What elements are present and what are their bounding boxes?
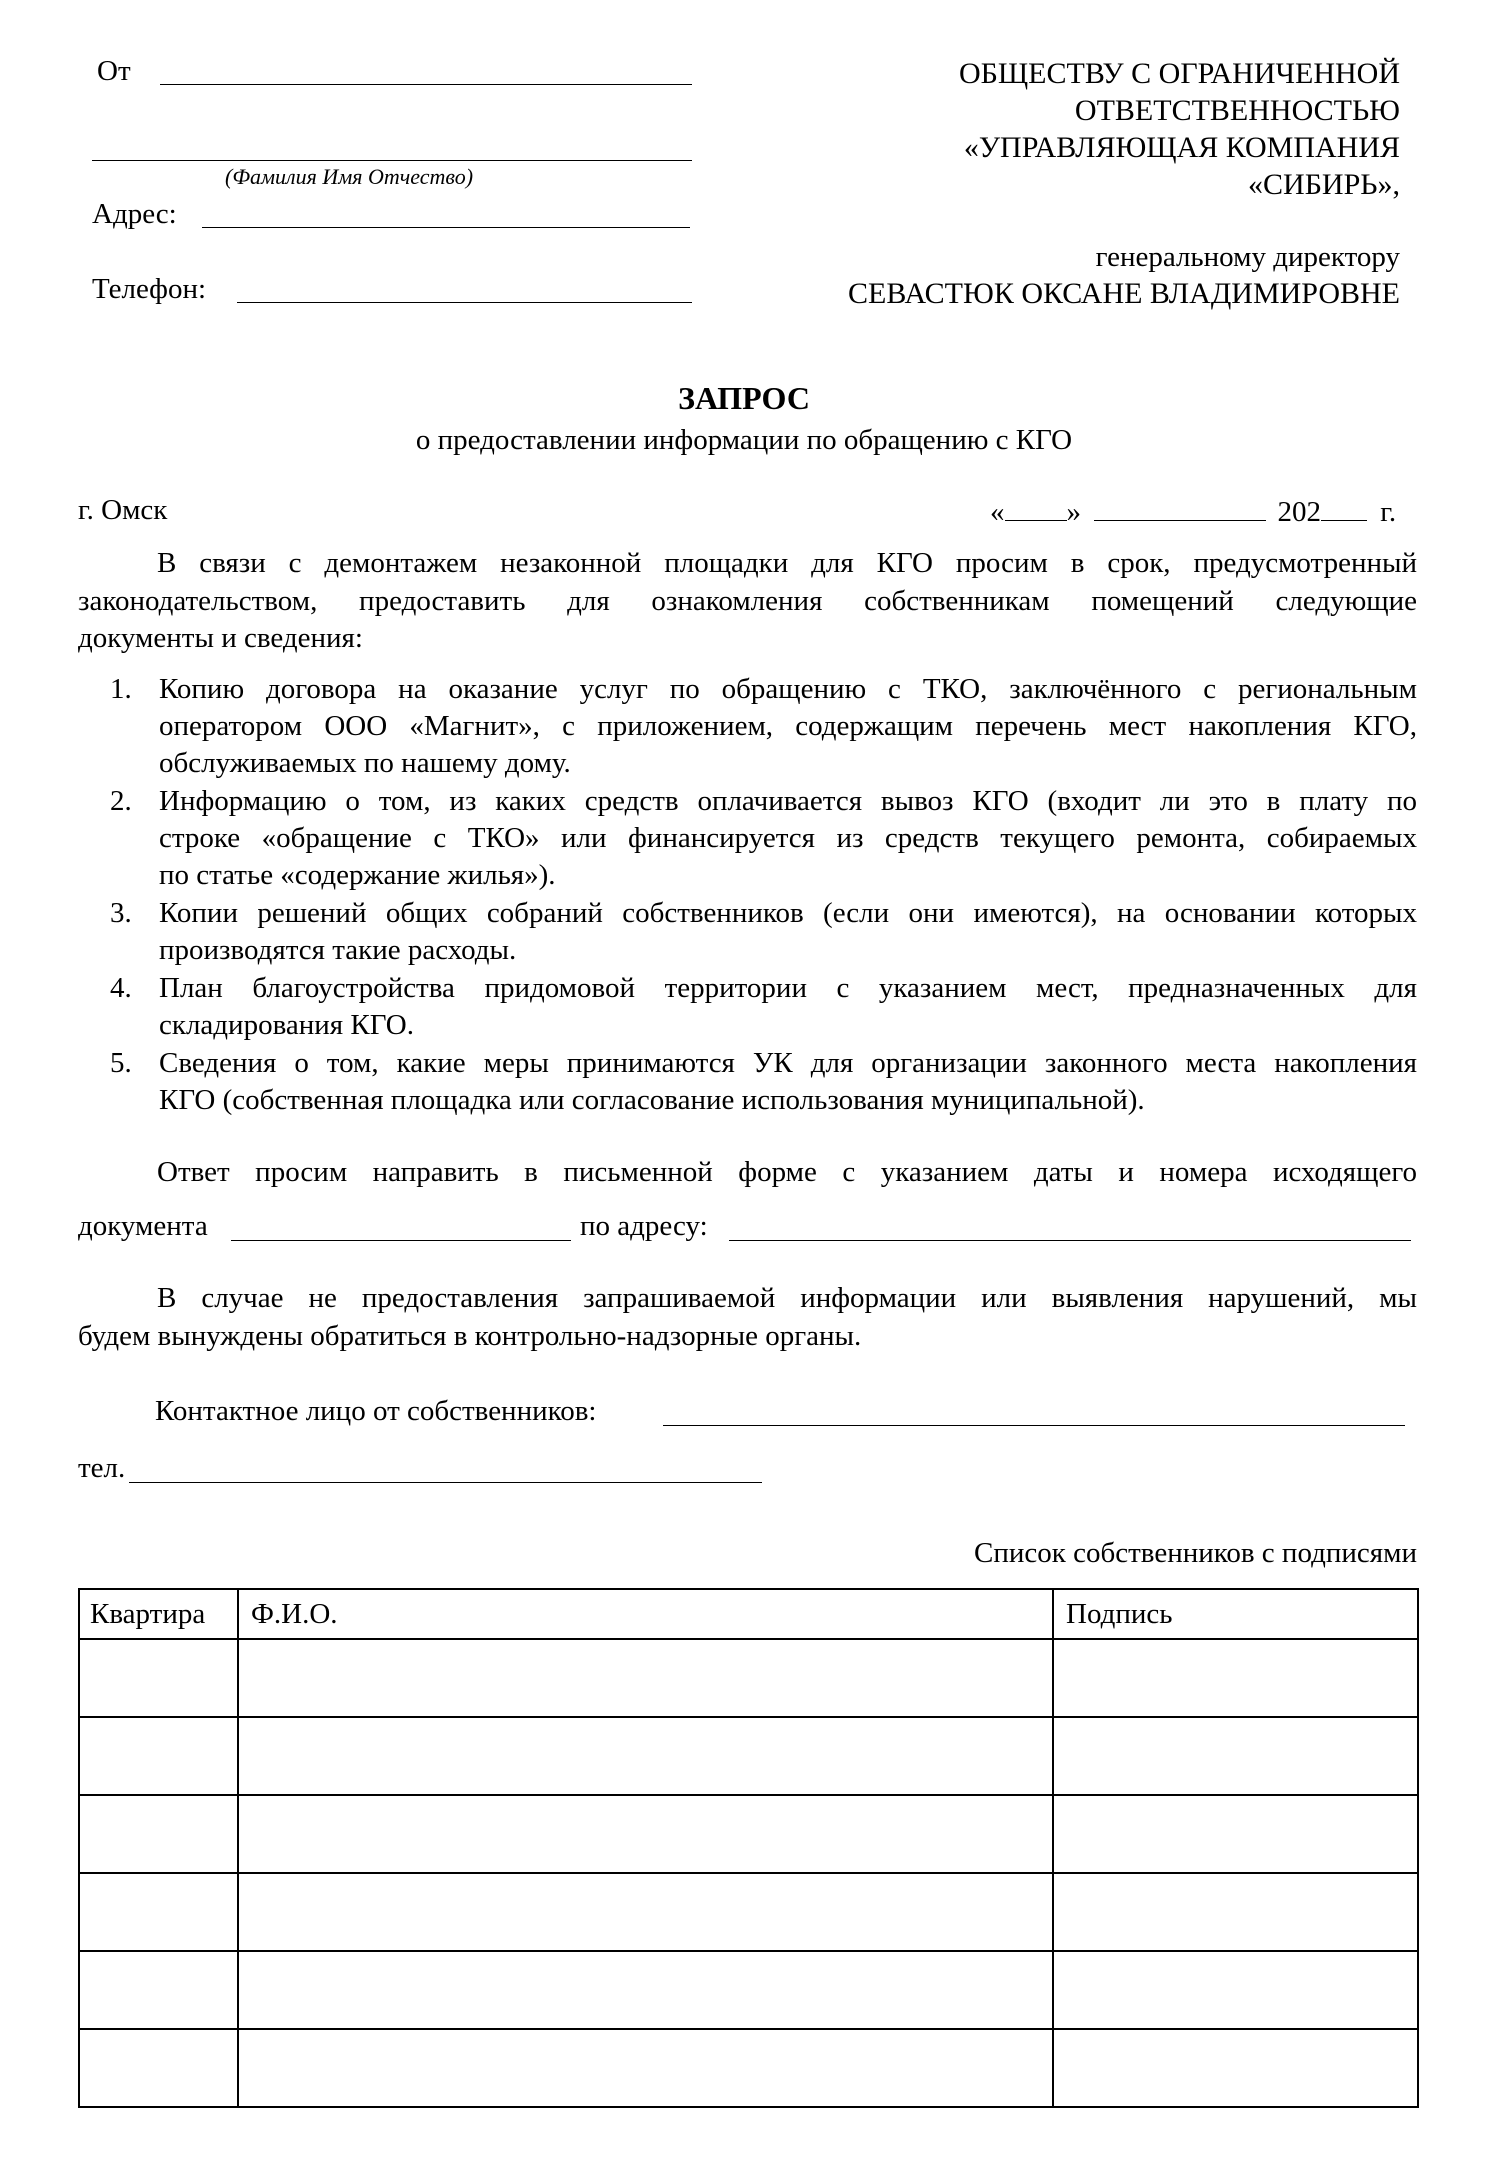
list-line: по статье «содержание жилья»). (159, 861, 556, 890)
intro-line: документы и сведения: (78, 624, 363, 653)
list-number: 5. (110, 1049, 132, 1078)
list-line: Информацию о том, из каких средств оплач… (159, 787, 1417, 816)
full-name-cell[interactable] (238, 1795, 1053, 1873)
table-row (79, 2029, 1418, 2107)
from-label: От (97, 57, 131, 86)
contact-phone-field[interactable] (129, 1482, 762, 1483)
day-quote-open: « (990, 496, 1005, 528)
signature-cell[interactable] (1053, 1717, 1418, 1795)
signature-cell[interactable] (1053, 2029, 1418, 2107)
from-name-field-line2[interactable] (92, 160, 692, 161)
city: г. Омск (78, 496, 167, 525)
table-row (79, 1873, 1418, 1951)
day-quote-close: » (1067, 496, 1082, 528)
from-name-field[interactable] (160, 84, 692, 85)
owners-table: Квартира Ф.И.О. Подпись (78, 1588, 1419, 2108)
table-header-row: Квартира Ф.И.О. Подпись (79, 1589, 1418, 1639)
response-line: Ответ просим направить в письменной форм… (157, 1158, 1417, 1187)
full-name-cell[interactable] (238, 1639, 1053, 1717)
signature-cell[interactable] (1053, 1951, 1418, 2029)
list-line: строке «обращение с ТКО» или финансирует… (159, 824, 1417, 853)
outgoing-doc-field[interactable] (231, 1240, 571, 1241)
list-number: 1. (110, 675, 132, 704)
contact-person-field[interactable] (663, 1425, 1405, 1426)
recipient-line: ОБЩЕСТВУ С ОГРАНИЧЕННОЙ (959, 55, 1400, 92)
apartment-cell[interactable] (79, 2029, 238, 2107)
recipient-name: СЕВАСТЮК ОКСАНЕ ВЛАДИМИРОВНЕ (848, 279, 1400, 309)
list-line: оператором ООО «Магнит», с приложением, … (159, 712, 1417, 741)
list-number: 2. (110, 787, 132, 816)
list-line: Копию договора на оказание услуг по обра… (159, 675, 1417, 704)
list-line: Сведения о том, какие меры принимаются У… (159, 1049, 1417, 1078)
full-name-cell[interactable] (238, 1951, 1053, 2029)
name-caption: (Фамилия Имя Отчество) (225, 166, 473, 188)
date-field: «» 202 г. (990, 496, 1396, 527)
warning-line: будем вынуждены обратиться в контрольно-… (78, 1322, 861, 1351)
header-full-name: Ф.И.О. (238, 1589, 1053, 1639)
full-name-cell[interactable] (238, 1873, 1053, 1951)
table-row (79, 1639, 1418, 1717)
address-field[interactable] (202, 227, 690, 228)
signature-cell[interactable] (1053, 1795, 1418, 1873)
list-line: обслуживаемых по нашему дому. (159, 749, 571, 778)
intro-line: законодательством, предоставить для озна… (78, 587, 1417, 616)
recipient-line: «УПРАВЛЯЮЩАЯ КОМПАНИЯ (959, 129, 1400, 166)
day-blank[interactable] (1005, 496, 1067, 521)
phone-field[interactable] (237, 302, 692, 303)
year-blank[interactable] (1321, 496, 1367, 521)
list-number: 4. (110, 974, 132, 1003)
contact-label: Контактное лицо от собственников: (155, 1397, 597, 1426)
response-address-label: по адресу: (580, 1212, 708, 1241)
month-blank[interactable] (1094, 496, 1266, 521)
response-doc-label: документа (78, 1212, 208, 1241)
recipient-line: «СИБИРЬ», (959, 166, 1400, 203)
recipient-line: ОТВЕТСТВЕННОСТЬЮ (959, 92, 1400, 129)
apartment-cell[interactable] (79, 1639, 238, 1717)
header-apartment: Квартира (79, 1589, 238, 1639)
apartment-cell[interactable] (79, 1795, 238, 1873)
year-prefix: 202 (1278, 496, 1322, 528)
recipient-position: генеральному директору (1096, 243, 1400, 272)
full-name-cell[interactable] (238, 2029, 1053, 2107)
table-row (79, 1717, 1418, 1795)
table-row (79, 1951, 1418, 2029)
list-line: КГО (собственная площадка или согласован… (159, 1086, 1145, 1115)
signature-cell[interactable] (1053, 1873, 1418, 1951)
apartment-cell[interactable] (79, 1717, 238, 1795)
full-name-cell[interactable] (238, 1717, 1053, 1795)
document-subtitle: о предоставлении информации по обращению… (0, 426, 1488, 455)
list-line: складирования КГО. (159, 1011, 414, 1040)
list-line: производятся такие расходы. (159, 936, 516, 965)
address-label: Адрес: (92, 200, 177, 229)
warning-line: В случае не предоставления запрашиваемой… (157, 1284, 1417, 1313)
table-row (79, 1795, 1418, 1873)
list-number: 3. (110, 899, 132, 928)
header-signature: Подпись (1053, 1589, 1418, 1639)
document-title: ЗАПРОС (0, 382, 1488, 414)
year-suffix: г. (1380, 496, 1396, 528)
response-address-field[interactable] (729, 1240, 1411, 1241)
contact-phone-label: тел. (78, 1454, 125, 1483)
signature-cell[interactable] (1053, 1639, 1418, 1717)
phone-label: Телефон: (92, 275, 206, 304)
list-line: План благоустройства придомовой территор… (159, 974, 1417, 1003)
recipient-org: ОБЩЕСТВУ С ОГРАНИЧЕННОЙ ОТВЕТСТВЕННОСТЬЮ… (959, 55, 1400, 203)
list-line: Копии решений общих собраний собственник… (159, 899, 1417, 928)
apartment-cell[interactable] (79, 1951, 238, 2029)
apartment-cell[interactable] (79, 1873, 238, 1951)
intro-line: В связи с демонтажем незаконной площадки… (157, 549, 1417, 578)
owners-table-caption: Список собственников с подписями (974, 1539, 1417, 1568)
